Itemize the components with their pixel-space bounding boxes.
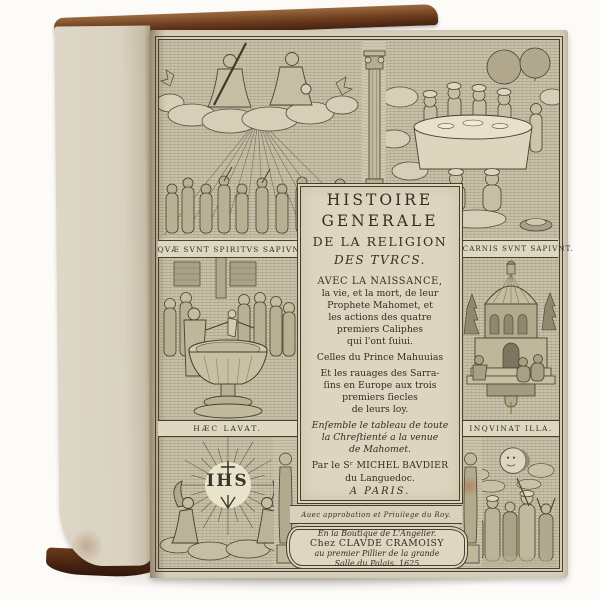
subtitle-line: ſins en Europe aux trois [298,380,462,392]
subtitle-line: qui l'ont ſuiui. [298,336,462,348]
banner-haec-lavat-label: HÆC LAVAT. [193,424,261,433]
imprint-cartouche: En la Boutique de L'Angelier. Chez CLAVD… [286,526,468,569]
column-illustration [362,39,386,185]
author-line: Par le Sʳ MICHEL BAVDIER [298,460,462,473]
blank-verso-page [54,26,156,567]
subtitle-line: de Mahomet. [298,444,462,456]
title-line-histoire: HISTOIRE [298,190,462,211]
imprint-line-date: Salle du Palais. 1625 [287,559,467,569]
title-line-religion: DE LA RELIGION [298,232,462,251]
banner-inquinat-illa-label: INQVINAT ILLA. [469,424,552,433]
banner-quae-spiritus: QVÆ SVNT SPIRITVS SAPIVNT. [158,240,308,258]
privilege-line: Auec approbation et Priuilege du Roy. [290,505,462,524]
title-cartouche: HISTOIRE GENERALE DE LA RELIGION DES TVR… [297,183,463,504]
subtitle-line: Et les rauages des Sarra- [298,368,462,380]
subtitle-line: la Chreſtienté a la venue [298,432,462,444]
engraving-frame: QVÆ SVNT SPIRITVS SAPIVNT. QVÆ CARNIS SV… [155,36,563,572]
column-icon [362,39,386,185]
banner-inquinat-illa: INQVINAT ILLA. [463,420,559,437]
privilege-text: Auec approbation et Priuilege du Roy. [301,511,450,519]
subtitle-line: premiers Caliphes [298,324,462,336]
subtitle-line: Enſemble le tableau de toute [298,420,462,432]
place-line: A PARIS. [298,485,462,499]
banner-quae-carnis: QVÆ CARNIS SVNT SAPIVNT. [454,240,558,258]
imprint-line-address: au premier Pillier de la grande [287,549,467,559]
banner-haec-lavat: HÆC LAVAT. [158,420,297,437]
engraved-title-page: QVÆ SVNT SPIRITVS SAPIVNT. QVÆ CARNIS SV… [150,30,568,578]
author-region-line: du Languedoc. [298,473,462,485]
subtitle-line: de leurs loy. [298,404,462,416]
banner-quae-spiritus-label: QVÆ SVNT SPIRITVS SAPIVNT. [157,245,308,254]
scene-baptism [158,256,297,420]
title-line-generale: GENERALE [298,211,462,232]
binding-gutter-shadow [150,30,166,578]
bath-illustration [463,256,559,420]
subtitle-line: Celles du Prince Mahuuias [298,352,462,364]
scene-turkish-bath [463,256,559,420]
imprint-line-publisher: Chez CLAVDE CRAMOISY [287,539,467,550]
subtitle-line: premiers ſiecles [298,392,462,404]
baptism-illustration [158,256,297,420]
subtitle-line: Prophete Mahomet, et [298,300,462,312]
subtitle-line: AVEC LA NAISSANCE, [298,275,462,288]
book-photo: QVÆ SVNT SPIRITVS SAPIVNT. QVÆ CARNIS SV… [0,0,600,600]
subtitle-line: la vie, et la mort, de leur [298,288,462,300]
title-line-turcs: DES TVRCS. [298,251,462,269]
subtitle-line: les actions des quatre [298,312,462,324]
